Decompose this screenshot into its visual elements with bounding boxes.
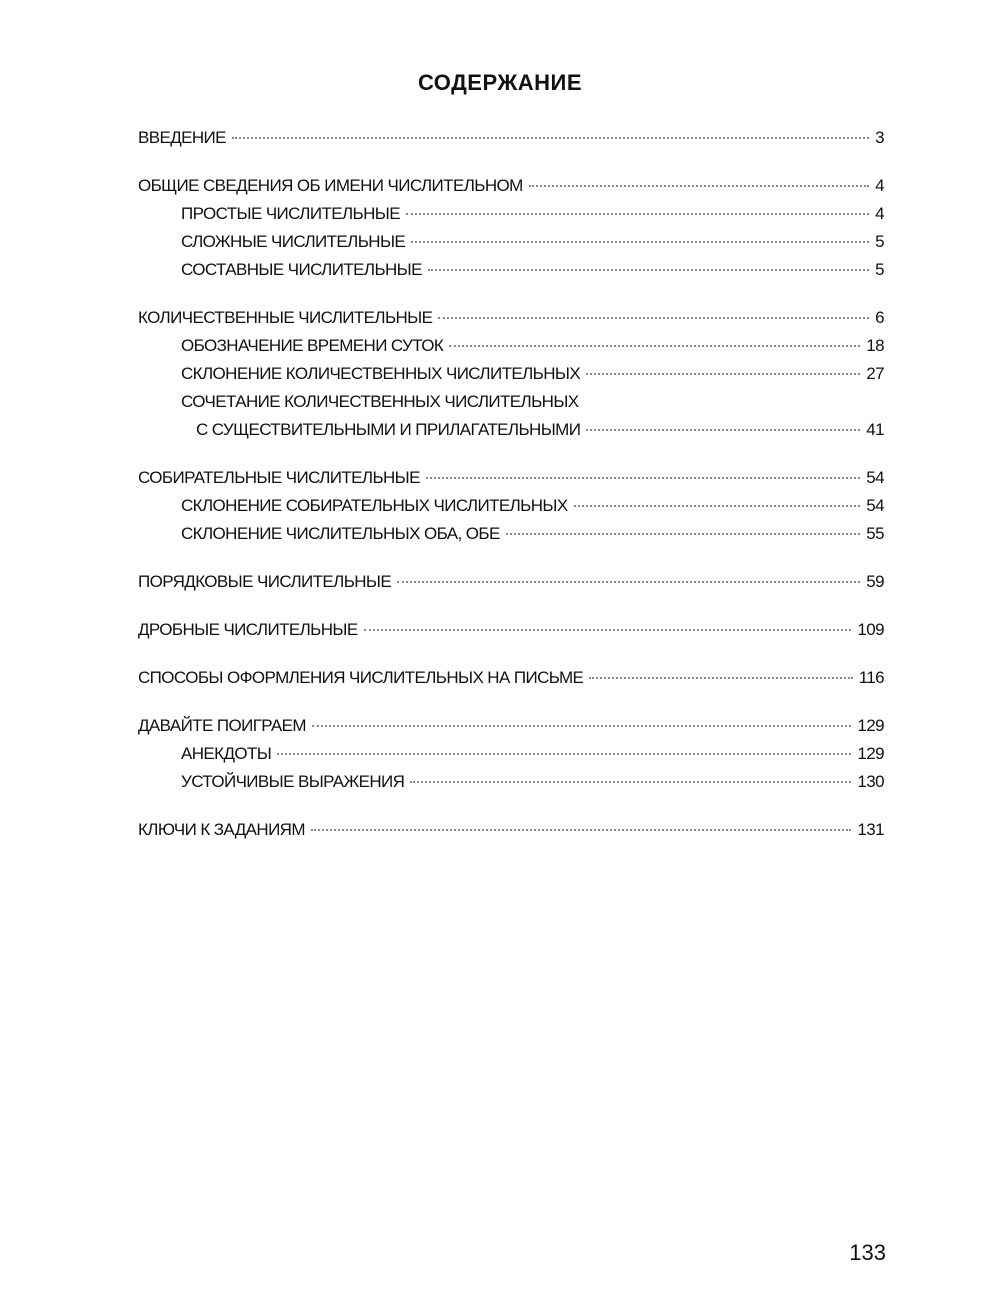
toc-entry-page: 116 xyxy=(859,668,884,688)
toc-group: ДРОБНЫЕ ЧИСЛИТЕЛЬНЫЕ 109 xyxy=(138,620,884,648)
toc-entry-page: 109 xyxy=(857,620,884,640)
toc-subentry[interactable]: ОБОЗНАЧЕНИЕ ВРЕМЕНИ СУТОК 18 xyxy=(138,336,884,364)
toc-entry-page: 6 xyxy=(875,308,884,328)
toc-entry-page: 5 xyxy=(875,232,884,252)
toc-entry-label: СОБИРАТЕЛЬНЫЕ ЧИСЛИТЕЛЬНЫЕ xyxy=(138,468,420,488)
toc-entry-page: 27 xyxy=(866,364,884,384)
toc-subentry[interactable]: СЛОЖНЫЕ ЧИСЛИТЕЛЬНЫЕ 5 xyxy=(138,232,884,260)
toc-entry-page: 54 xyxy=(866,496,884,516)
toc-entry-label: ОБОЗНАЧЕНИЕ ВРЕМЕНИ СУТОК xyxy=(181,336,443,356)
toc-subentry[interactable]: СКЛОНЕНИЕ КОЛИЧЕСТВЕННЫХ ЧИСЛИТЕЛЬНЫХ 27 xyxy=(138,364,884,392)
toc-subentry[interactable]: СОСТАВНЫЕ ЧИСЛИТЕЛЬНЫЕ 5 xyxy=(138,260,884,288)
dot-leader xyxy=(426,477,860,479)
toc-entry[interactable]: ДАВАЙТЕ ПОИГРАЕМ 129 xyxy=(138,716,884,744)
toc-entry-label: КЛЮЧИ К ЗАДАНИЯМ xyxy=(138,820,305,840)
dot-leader xyxy=(574,505,861,507)
toc-subentry[interactable]: СКЛОНЕНИЕ ЧИСЛИТЕЛЬНЫХ ОБА, ОБЕ 55 xyxy=(138,524,884,552)
dot-leader xyxy=(364,629,852,631)
toc-entry-label: ПОРЯДКОВЫЕ ЧИСЛИТЕЛЬНЫЕ xyxy=(138,572,391,592)
dot-leader xyxy=(438,317,869,319)
toc-subentry[interactable]: АНЕКДОТЫ 129 xyxy=(138,744,884,772)
toc-entry-page: 59 xyxy=(866,572,884,592)
toc-group: ВВЕДЕНИЕ 3 xyxy=(138,128,884,156)
toc-entry[interactable]: КЛЮЧИ К ЗАДАНИЯМ 131 xyxy=(138,820,884,848)
page-title: СОДЕРЖАНИЕ xyxy=(0,70,1000,96)
toc-entry-label: ОБЩИЕ СВЕДЕНИЯ ОБ ИМЕНИ ЧИСЛИТЕЛЬНОМ xyxy=(138,176,523,196)
toc-entry-label: СКЛОНЕНИЕ КОЛИЧЕСТВЕННЫХ ЧИСЛИТЕЛЬНЫХ xyxy=(181,364,580,384)
toc-entry-label: СЛОЖНЫЕ ЧИСЛИТЕЛЬНЫЕ xyxy=(181,232,405,252)
toc-entry-label: ДРОБНЫЕ ЧИСЛИТЕЛЬНЫЕ xyxy=(138,620,358,640)
dot-leader xyxy=(506,533,861,535)
toc-entry-label: УСТОЙЧИВЫЕ ВЫРАЖЕНИЯ xyxy=(181,772,404,792)
toc-entry-label: АНЕКДОТЫ xyxy=(181,744,271,764)
toc-entry-page: 41 xyxy=(866,420,884,440)
toc-entry-page: 130 xyxy=(857,772,884,792)
dot-leader xyxy=(586,373,860,375)
dot-leader xyxy=(411,241,869,243)
dot-leader xyxy=(428,269,869,271)
dot-leader xyxy=(232,137,869,139)
toc-entry-page: 131 xyxy=(857,820,884,840)
toc-entry-label: СОСТАВНЫЕ ЧИСЛИТЕЛЬНЫЕ xyxy=(181,260,422,280)
dot-leader xyxy=(277,753,851,755)
toc-entry[interactable]: ОБЩИЕ СВЕДЕНИЯ ОБ ИМЕНИ ЧИСЛИТЕЛЬНОМ 4 xyxy=(138,176,884,204)
toc-subentry[interactable]: СКЛОНЕНИЕ СОБИРАТЕЛЬНЫХ ЧИСЛИТЕЛЬНЫХ 54 xyxy=(138,496,884,524)
toc-entry-label: КОЛИЧЕСТВЕННЫЕ ЧИСЛИТЕЛЬНЫЕ xyxy=(138,308,432,328)
toc-entry-page: 3 xyxy=(875,128,884,148)
dot-leader xyxy=(529,185,869,187)
toc-entry-page: 129 xyxy=(857,744,884,764)
toc-subentry[interactable]: С СУЩЕСТВИТЕЛЬНЫМИ И ПРИЛАГАТЕЛЬНЫМИ 41 xyxy=(138,420,884,448)
toc-entry-label: СКЛОНЕНИЕ СОБИРАТЕЛЬНЫХ ЧИСЛИТЕЛЬНЫХ xyxy=(181,496,568,516)
toc-subentry-first-line[interactable]: СОЧЕТАНИЕ КОЛИЧЕСТВЕННЫХ ЧИСЛИТЕЛЬНЫХ xyxy=(138,392,884,420)
toc-entry-page: 55 xyxy=(866,524,884,544)
table-of-contents: ВВЕДЕНИЕ 3 ОБЩИЕ СВЕДЕНИЯ ОБ ИМЕНИ ЧИСЛИ… xyxy=(138,128,884,868)
toc-entry-page: 18 xyxy=(866,336,884,356)
toc-entry-label: СОЧЕТАНИЕ КОЛИЧЕСТВЕННЫХ ЧИСЛИТЕЛЬНЫХ xyxy=(181,392,579,412)
dot-leader xyxy=(406,213,869,215)
toc-entry[interactable]: КОЛИЧЕСТВЕННЫЕ ЧИСЛИТЕЛЬНЫЕ 6 xyxy=(138,308,884,336)
page-number: 133 xyxy=(849,1240,886,1266)
dot-leader xyxy=(397,581,860,583)
toc-entry-label: С СУЩЕСТВИТЕЛЬНЫМИ И ПРИЛАГАТЕЛЬНЫМИ xyxy=(196,420,580,440)
toc-group: ДАВАЙТЕ ПОИГРАЕМ 129 АНЕКДОТЫ 129 УСТОЙЧ… xyxy=(138,716,884,800)
dot-leader xyxy=(311,829,851,831)
toc-entry-label: ДАВАЙТЕ ПОИГРАЕМ xyxy=(138,716,306,736)
toc-group: КЛЮЧИ К ЗАДАНИЯМ 131 xyxy=(138,820,884,848)
toc-entry-label: СПОСОБЫ ОФОРМЛЕНИЯ ЧИСЛИТЕЛЬНЫХ НА ПИСЬМ… xyxy=(138,668,583,688)
toc-group: СПОСОБЫ ОФОРМЛЕНИЯ ЧИСЛИТЕЛЬНЫХ НА ПИСЬМ… xyxy=(138,668,884,696)
toc-group: ОБЩИЕ СВЕДЕНИЯ ОБ ИМЕНИ ЧИСЛИТЕЛЬНОМ 4 П… xyxy=(138,176,884,288)
toc-entry-page: 4 xyxy=(875,176,884,196)
dot-leader xyxy=(410,781,851,783)
toc-entry[interactable]: СПОСОБЫ ОФОРМЛЕНИЯ ЧИСЛИТЕЛЬНЫХ НА ПИСЬМ… xyxy=(138,668,884,696)
toc-entry-page: 129 xyxy=(857,716,884,736)
dot-leader xyxy=(586,429,860,431)
toc-entry[interactable]: ДРОБНЫЕ ЧИСЛИТЕЛЬНЫЕ 109 xyxy=(138,620,884,648)
toc-subentry[interactable]: ПРОСТЫЕ ЧИСЛИТЕЛЬНЫЕ 4 xyxy=(138,204,884,232)
toc-entry-page: 5 xyxy=(875,260,884,280)
toc-subentry[interactable]: УСТОЙЧИВЫЕ ВЫРАЖЕНИЯ 130 xyxy=(138,772,884,800)
toc-entry-label: СКЛОНЕНИЕ ЧИСЛИТЕЛЬНЫХ ОБА, ОБЕ xyxy=(181,524,500,544)
toc-entry-label: ВВЕДЕНИЕ xyxy=(138,128,226,148)
dot-leader xyxy=(589,677,852,679)
toc-entry-label: ПРОСТЫЕ ЧИСЛИТЕЛЬНЫЕ xyxy=(181,204,400,224)
toc-entry[interactable]: СОБИРАТЕЛЬНЫЕ ЧИСЛИТЕЛЬНЫЕ 54 xyxy=(138,468,884,496)
toc-group: СОБИРАТЕЛЬНЫЕ ЧИСЛИТЕЛЬНЫЕ 54 СКЛОНЕНИЕ … xyxy=(138,468,884,552)
toc-group: ПОРЯДКОВЫЕ ЧИСЛИТЕЛЬНЫЕ 59 xyxy=(138,572,884,600)
dot-leader xyxy=(449,345,860,347)
dot-leader xyxy=(312,725,851,727)
toc-group: КОЛИЧЕСТВЕННЫЕ ЧИСЛИТЕЛЬНЫЕ 6 ОБОЗНАЧЕНИ… xyxy=(138,308,884,448)
toc-entry[interactable]: ВВЕДЕНИЕ 3 xyxy=(138,128,884,156)
toc-entry[interactable]: ПОРЯДКОВЫЕ ЧИСЛИТЕЛЬНЫЕ 59 xyxy=(138,572,884,600)
toc-entry-page: 4 xyxy=(875,204,884,224)
toc-entry-page: 54 xyxy=(866,468,884,488)
